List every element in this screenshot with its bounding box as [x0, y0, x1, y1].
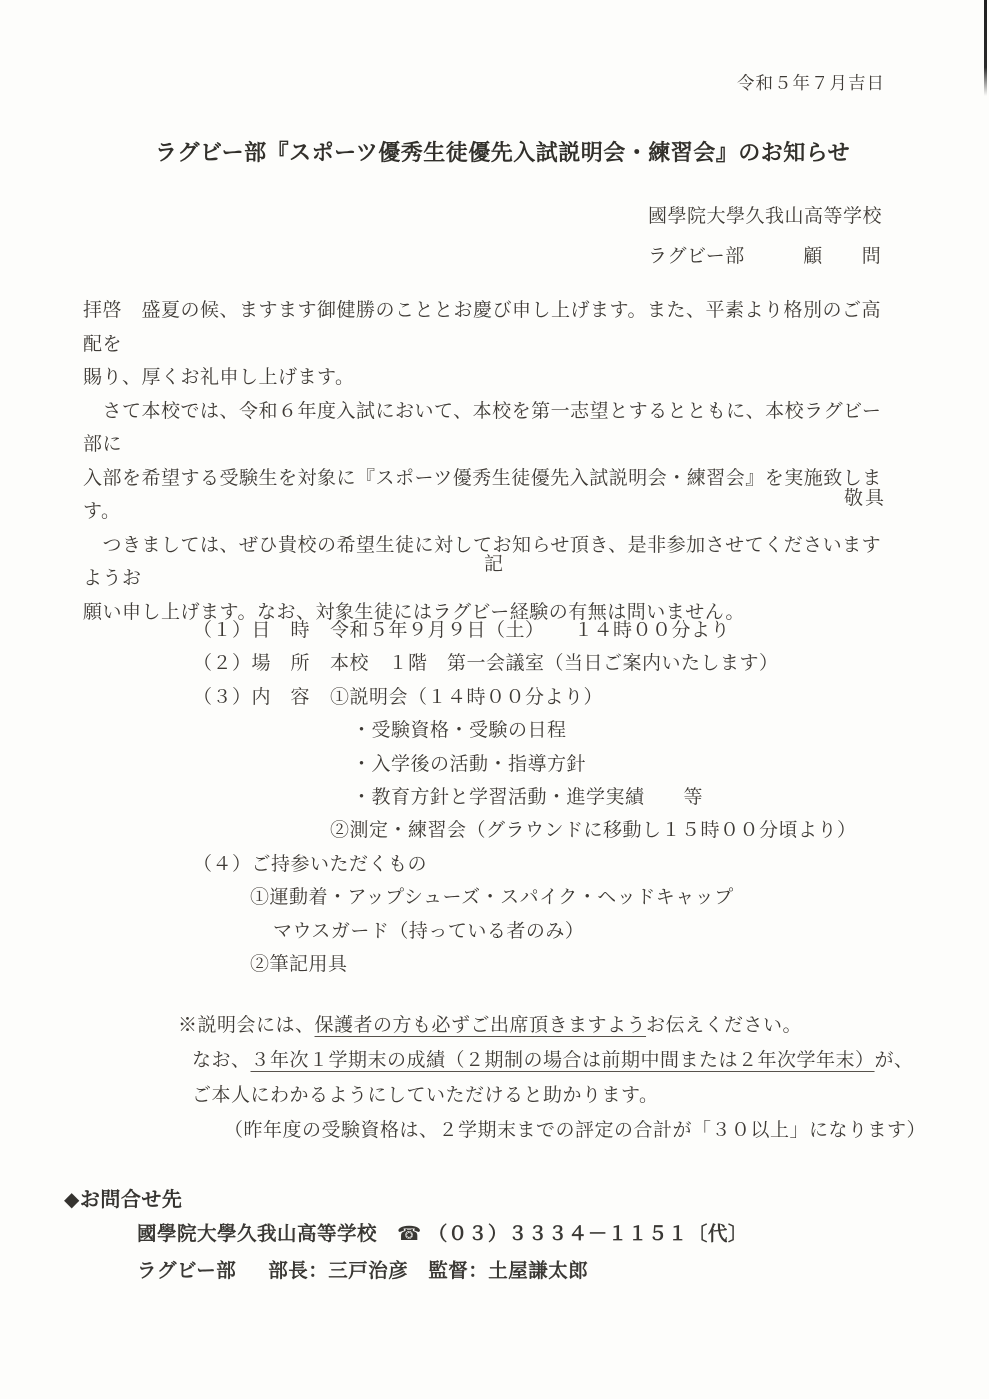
note-last-year-criteria: （昨年度の受験資格は、２学期末までの評定の合計が「３０以上」になります）	[178, 1113, 926, 1148]
contact-phone-number: （０３）３３３４－１１５１〔代〕	[428, 1223, 748, 1245]
content-session-line: ①説明会（１４時００分より）	[330, 681, 857, 714]
sender-club-role: ラグビー部 顧 問	[648, 237, 882, 277]
note-underlined-text: 保護者の方も必ずご出席頂きますよう	[315, 1015, 647, 1036]
item-number: （２）	[193, 647, 252, 680]
note-text: なお、	[192, 1050, 251, 1071]
contact-heading: ◆お問合せ先	[64, 1183, 182, 1212]
note-text: お伝えください。	[646, 1015, 802, 1036]
notes-block: ※説明会には、保護者の方も必ずご出席頂きますようお伝えください。 なお、３年次１…	[178, 1008, 926, 1148]
note-grades-continued: ご本人にわかるようにしていただけると助かります。	[178, 1078, 926, 1113]
letter-title: ラグビー部『スポーツ優秀生徒優先入試説明会・練習会』のお知らせ	[155, 136, 850, 167]
letter-body: 拝啓 盛夏の候、ますます御健勝のこととお慶び申し上げます。また、平素より格別のご…	[83, 294, 895, 629]
item-label: 日 時	[252, 614, 311, 647]
contact-school: 國學院大學久我山高等学校	[137, 1223, 377, 1245]
bring-item-mouthguard: マウスガード（持っている者のみ）	[193, 915, 857, 948]
bring-item-gear: ①運動着・アップシューズ・スパイク・ヘッドキャップ	[193, 881, 857, 914]
greeting-paragraph: 拝啓 盛夏の候、ますます御健勝のこととお慶び申し上げます。また、平素より格別のご…	[83, 294, 895, 395]
sender-block: 國學院大學久我山高等学校 ラグビー部 顧 問	[648, 197, 882, 277]
phone-icon: ☎	[397, 1223, 422, 1245]
note-text: が、	[875, 1050, 914, 1071]
item-label: 場 所	[252, 647, 311, 680]
note-parents: ※説明会には、保護者の方も必ずご出席頂きますようお伝えください。	[178, 1008, 926, 1043]
bring-item-stationery: ②筆記用具	[193, 948, 857, 981]
letter-date: 令和５年７月吉日	[737, 70, 885, 95]
record-marker: 記	[0, 549, 989, 576]
note-grades: なお、３年次１学期末の成績（２期制の場合は前期中間または２年次学年末）が、	[178, 1043, 926, 1078]
note-underlined-text: ３年次１学期末の成績（２期制の場合は前期中間または２年次学年末）	[251, 1050, 875, 1071]
item-label: 内 容	[252, 681, 311, 714]
contact-staff-line: ラグビー部部長：三戸治彦監督：土屋謙太郎	[137, 1253, 748, 1290]
list-item-place: （２） 場 所 本校 １階 第一会議室（当日ご案内いたします）	[193, 647, 857, 680]
scanned-letter-page: 令和５年７月吉日 ラグビー部『スポーツ優秀生徒優先入試説明会・練習会』のお知らせ…	[0, 0, 989, 1399]
item-value-column: ご持参いただくもの	[252, 848, 428, 881]
scan-artifact-line	[984, 0, 987, 96]
contact-phone-line: 國學院大學久我山高等学校☎（０３）３３３４－１１５１〔代〕	[137, 1216, 748, 1253]
contact-director: 部長：三戸治彦	[268, 1260, 408, 1282]
details-list: （１） 日 時 令和５年９月９日（土） １４時００分より （２） 場 所 本校 …	[193, 614, 857, 981]
list-item-bring: （４） ご持参いただくもの	[193, 848, 857, 881]
item-value: 令和５年９月９日（土） １４時００分より	[330, 614, 730, 647]
contact-club: ラグビー部	[137, 1260, 236, 1282]
closing-word: 敬具	[844, 483, 886, 510]
item-number: （４）	[193, 848, 252, 881]
note-text: ※説明会には、	[178, 1015, 315, 1036]
item-number: （１）	[193, 614, 252, 647]
sender-school: 國學院大學久我山高等学校	[648, 197, 882, 237]
item-value: 本校 １階 第一会議室（当日ご案内いたします）	[330, 647, 779, 680]
list-item-datetime: （１） 日 時 令和５年９月９日（土） １４時００分より	[193, 614, 857, 647]
contact-block: 國學院大學久我山高等学校☎（０３）３３３４－１１５１〔代〕 ラグビー部部長：三戸…	[137, 1216, 748, 1289]
bring-label: ご持参いただくもの	[252, 848, 428, 881]
announcement-paragraph: さて本校では、令和６年度入試において、本校を第一志望とするとともに、本校ラグビー…	[83, 395, 895, 529]
content-bullet-list: ・受験資格・受験の日程 ・入学後の活動・指導方針 ・教育方針と学習活動・進学実績…	[330, 714, 857, 814]
item-value-column: ①説明会（１４時００分より） ・受験資格・受験の日程 ・入学後の活動・指導方針 …	[330, 681, 857, 848]
contact-coach: 監督：土屋謙太郎	[428, 1260, 588, 1282]
item-number: （３）	[193, 681, 252, 714]
list-item-content: （３） 内 容 ①説明会（１４時００分より） ・受験資格・受験の日程 ・入学後の…	[193, 681, 857, 848]
content-practice-line: ②測定・練習会（グラウンドに移動し１５時００分頃より）	[330, 814, 857, 847]
